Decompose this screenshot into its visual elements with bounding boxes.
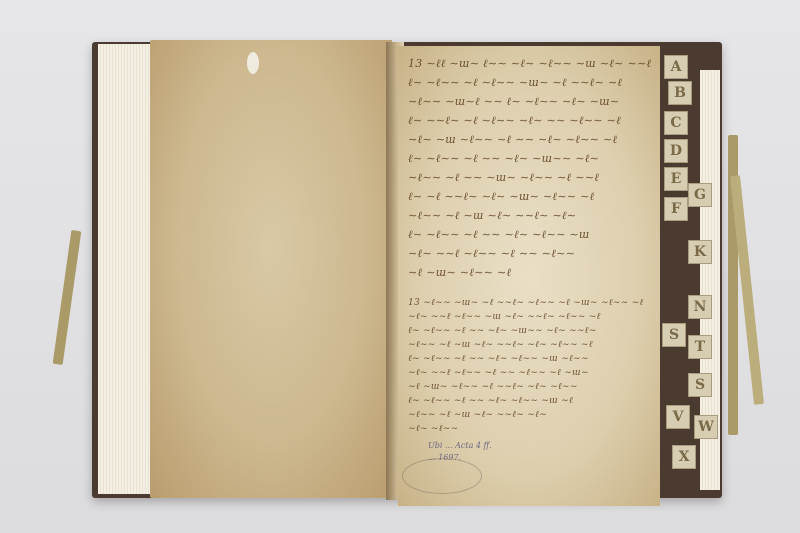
handwritten-entry-1: 13 ∼ℓℓ ∼ɯ∼ ℓ∼∼ ∼ℓ∼ ∼ℓ∼∼ ∼ɯ ∼ℓ∼ ∼∼ℓ ℓ∼ ∼ℓ… (408, 54, 653, 282)
index-tab[interactable]: S (662, 323, 686, 347)
page-hole (247, 52, 259, 74)
index-tab[interactable]: D (664, 139, 688, 163)
index-tab[interactable]: T (688, 335, 712, 359)
index-tab[interactable]: C (664, 111, 688, 135)
handwritten-entry-2: 13 ∼ℓ∼∼ ∼ɯ∼ ∼ℓ ∼∼ℓ∼ ∼ℓ∼∼ ∼ℓ ∼ɯ∼ ∼ℓ∼∼ ∼ℓ … (408, 296, 653, 436)
library-stamp (402, 458, 482, 494)
index-tab[interactable]: N (688, 295, 712, 319)
index-tab[interactable]: X (672, 445, 696, 469)
index-tab[interactable]: G (688, 183, 712, 207)
left-page (150, 40, 392, 498)
index-tab[interactable]: E (664, 167, 688, 191)
index-tab[interactable]: K (688, 240, 712, 264)
entry-number: 13 (408, 57, 423, 70)
alphabet-index-tabs: A B C D E F G K N S T S V W X (658, 55, 728, 485)
index-tab[interactable]: F (664, 197, 688, 221)
index-tab[interactable]: B (668, 81, 692, 105)
index-tab[interactable]: W (694, 415, 718, 439)
index-tab[interactable]: A (664, 55, 688, 79)
pencil-note-line-1: Ubi ... Acta 4 ff. (428, 440, 608, 452)
bookmark-ribbon-left (53, 230, 82, 365)
page-edges-left (98, 44, 158, 494)
index-tab[interactable]: V (666, 405, 690, 429)
entry-number: 13 (408, 298, 420, 308)
index-tab[interactable]: S (688, 373, 712, 397)
right-page: 13 ∼ℓℓ ∼ɯ∼ ℓ∼∼ ∼ℓ∼ ∼ℓ∼∼ ∼ɯ ∼ℓ∼ ∼∼ℓ ℓ∼ ∼ℓ… (398, 46, 660, 506)
